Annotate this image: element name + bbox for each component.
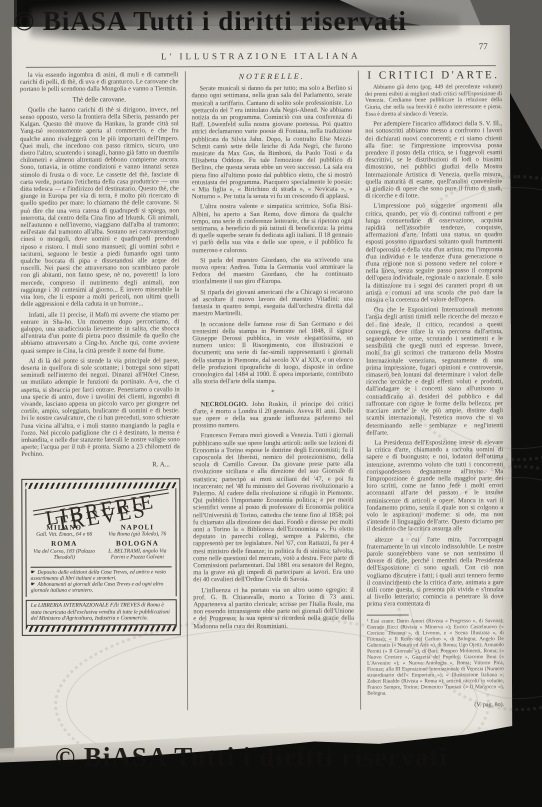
body-paragraph: Si riparla dei giovani americani che a C… [192, 288, 353, 317]
article-signature: R. A... [21, 461, 170, 469]
footnote-text: ¹ Essi erano: Dario Amori (Rivista « Pro… [367, 618, 504, 696]
body-paragraph: Per adempiere l'incarico affidatoci dall… [365, 120, 502, 200]
biasa-watermark-top: © BiASA Tutti i diritti riservati [14, 6, 407, 37]
body-paragraph: Al di là del ponte si stende la via prin… [21, 357, 180, 458]
column-middle: NOTERELLE. Serate musicali si danno da p… [191, 71, 354, 710]
section-heading-critici: I CRITICI D'ARTE. [365, 72, 502, 80]
body-paragraph: altezze a cui l'arte mira, l'accompagni … [367, 536, 504, 609]
scanned-page: L' ILLUSTRAZIONE ITALIANA 77 la via esse… [12, 25, 513, 763]
treves-advertisement: LIBRERIE TREVES MILANO Gall. Vitt. Eman.… [21, 478, 180, 635]
column-right: I CRITICI D'ARTE. Abbiamo già detto (pag… [365, 70, 504, 709]
body-paragraph: L'impressione può suggerire argomenti al… [366, 203, 503, 304]
ad-address-bologna: L. BELTRAMI, angolo Via Farini e Piazza … [104, 548, 172, 560]
section-separator: * [193, 389, 354, 397]
section-heading-noterelle: NOTERELLE. [191, 73, 352, 81]
ad-zigzag-border [26, 625, 177, 632]
body-paragraph: la via essendo ingombra di asini, di mul… [20, 71, 179, 93]
biasa-watermark-bottom: © BiASA Tutti i diritti riservati [55, 742, 448, 773]
necrologio-lead: NECROLOGIO. [201, 401, 248, 408]
body-paragraph: L'altra nostra valente e simpatica scrit… [192, 203, 353, 254]
ad-note-text: Deposito delle edizioni della Casa Treve… [31, 569, 166, 582]
body-paragraph: Quelle che hanno carichi di thè si dirig… [20, 106, 179, 308]
body-paragraph: In occasione delle famose rose di San Ge… [192, 320, 353, 385]
page-header: L' ILLUSTRAZIONE ITALIANA 77 [20, 45, 502, 65]
ad-note-text: Abbonamenti ai giornali della Casa Treve… [31, 581, 164, 594]
header-rule [26, 65, 496, 68]
ad-footer: La LIBRERIA INTERNAZIONALE F.lli TREVES … [26, 600, 177, 626]
ad-address-roma: Via del Corso, 183 (Palazzo Theodoli) [31, 548, 99, 560]
body-paragraph: Si parla del maestro Giordano, che sta s… [192, 257, 353, 286]
body-paragraph: Infatti, alle 11 precise, il Mafù mi avv… [21, 311, 180, 355]
manicule-icon: ☛ [31, 582, 36, 588]
body-paragraph: La Presidenza dell'Esposizione intese di… [366, 439, 503, 533]
body-paragraph: L'influenza ci ha portato via un altro u… [193, 586, 354, 630]
footnote-rule [367, 614, 409, 615]
ad-note: ☛Abbonamenti ai giornali della Casa Trev… [31, 581, 172, 594]
body-paragraph: Francesco Ferrara morì giovedì a Venezia… [193, 432, 354, 584]
necrologio-paragraph: NECROLOGIO. John Ruskin, il principe dei… [193, 400, 354, 429]
column-divider [358, 71, 361, 710]
continuation-note: (V. pag. 8o). [367, 702, 504, 710]
column-left: la via essendo ingombra di asini, di mul… [20, 71, 181, 710]
manicule-icon: ☛ [31, 569, 36, 575]
column-divider [184, 71, 187, 710]
journal-title: L' ILLUSTRAZIONE ITALIANA [161, 51, 360, 62]
body-paragraph: Ora che le Esposizioni Internazionali me… [366, 306, 503, 436]
article-subheading: Thè delle carovane. [20, 96, 179, 104]
editorial-intro: Abbiamo già detto (pag. 449 del preceden… [365, 84, 502, 117]
page-number: 77 [479, 41, 488, 51]
ad-address-napoli: Via Roma (già Toledo), 76 [104, 532, 172, 538]
ad-note: ☛Deposito delle edizioni della Casa Trev… [31, 569, 172, 582]
body-paragraph: Serate musicali si danno da per tutto; m… [192, 85, 353, 201]
